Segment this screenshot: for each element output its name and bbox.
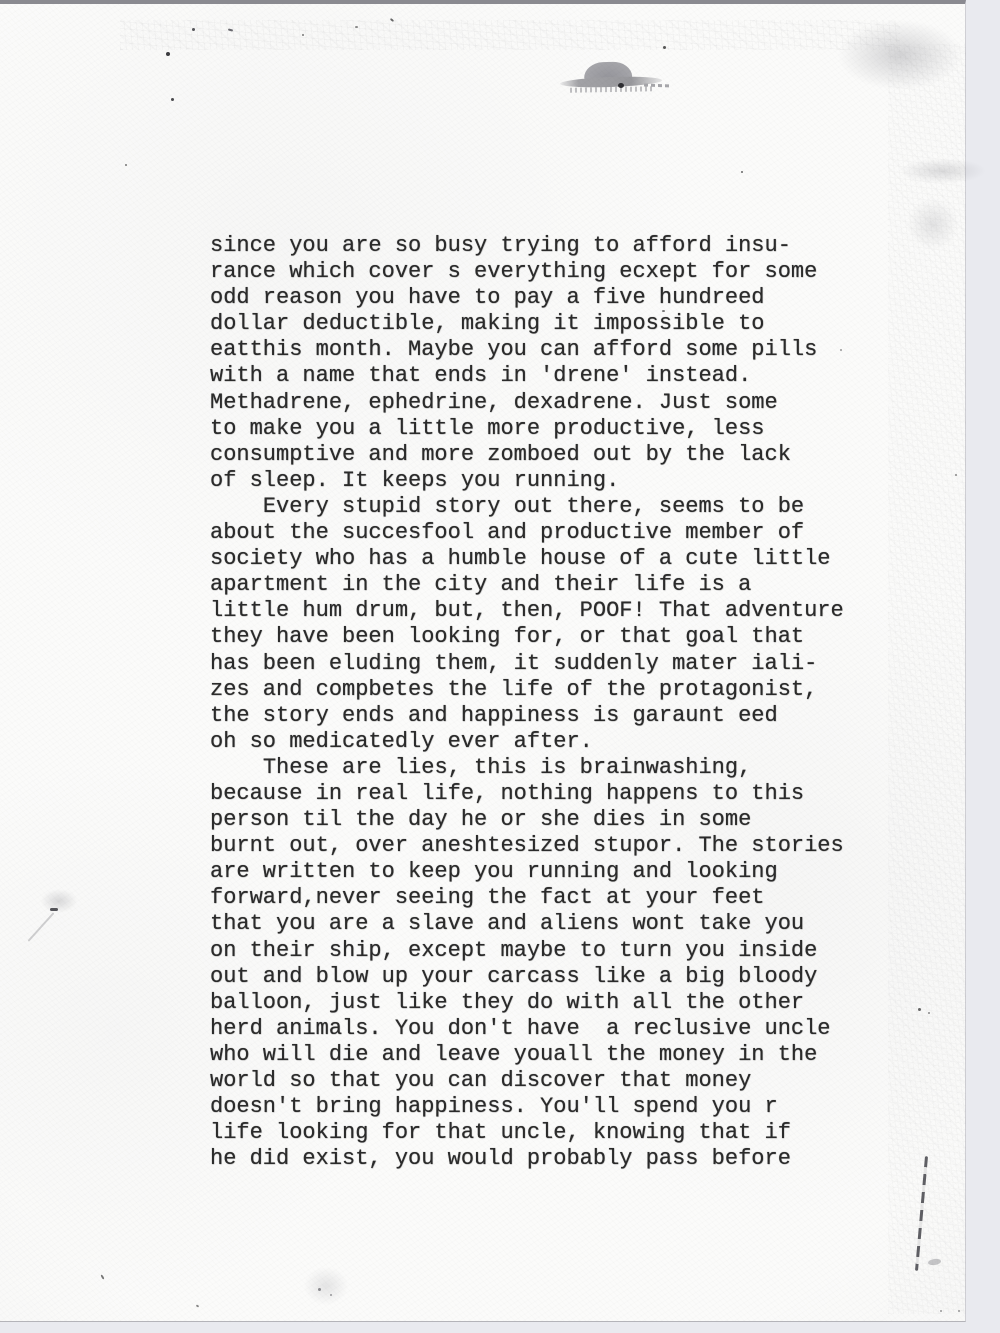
scanned-page: since you are so busy trying to afford i…	[0, 0, 966, 1322]
scan-noise-streak-right	[885, 154, 1000, 188]
paragraph-insurance: since you are so busy trying to afford i…	[210, 233, 870, 494]
margin-smudge-left	[22, 880, 86, 956]
scan-noise-patch-right	[898, 189, 968, 259]
scan-speck	[355, 26, 358, 28]
scan-speck	[955, 474, 957, 476]
scan-speck	[958, 1310, 960, 1312]
smudge-wash	[298, 1262, 354, 1310]
scan-speck	[100, 1274, 104, 1279]
scan-noise-corner-top-right	[820, 10, 980, 100]
smudge-tail	[644, 84, 672, 88]
smudge-dark-dot	[618, 83, 624, 88]
smudge-dome	[584, 61, 633, 83]
smudge-wash	[36, 886, 82, 916]
scan-speck	[192, 28, 195, 31]
pen-mark-vertical	[915, 1156, 928, 1271]
scan-noise-band-top	[120, 20, 900, 50]
scan-speck	[125, 164, 127, 166]
pen-mark-smudge	[928, 1258, 942, 1266]
smudge-fringe	[570, 86, 654, 92]
scan-speck	[390, 18, 394, 22]
typewritten-text-block: since you are so busy trying to afford i…	[210, 233, 870, 1172]
margin-smudge-bottom	[298, 1262, 354, 1310]
smudge-dot	[330, 1294, 332, 1296]
scan-speck	[196, 1304, 200, 1307]
scan-speck	[302, 34, 304, 36]
smudge-dot	[318, 1288, 321, 1291]
scan-speck	[166, 52, 170, 56]
smudge-base	[560, 75, 662, 89]
smudge-streak	[28, 912, 55, 942]
scan-noise-band-right	[888, 44, 966, 1314]
scan-speck	[663, 46, 666, 49]
scan-speck	[928, 1012, 930, 1014]
paragraph-every-stupid-story: Every stupid story out there, seems to b…	[210, 494, 870, 755]
scan-speck	[228, 28, 233, 31]
ink-smudge-blob	[560, 62, 672, 98]
scan-speck	[171, 98, 174, 101]
scan-speck	[918, 1008, 921, 1011]
paragraph-these-are-lies: These are lies, this is brainwashing, be…	[210, 755, 870, 1173]
smudge-dash	[50, 908, 58, 911]
scan-speck	[741, 171, 743, 173]
scan-speck	[940, 1310, 942, 1312]
